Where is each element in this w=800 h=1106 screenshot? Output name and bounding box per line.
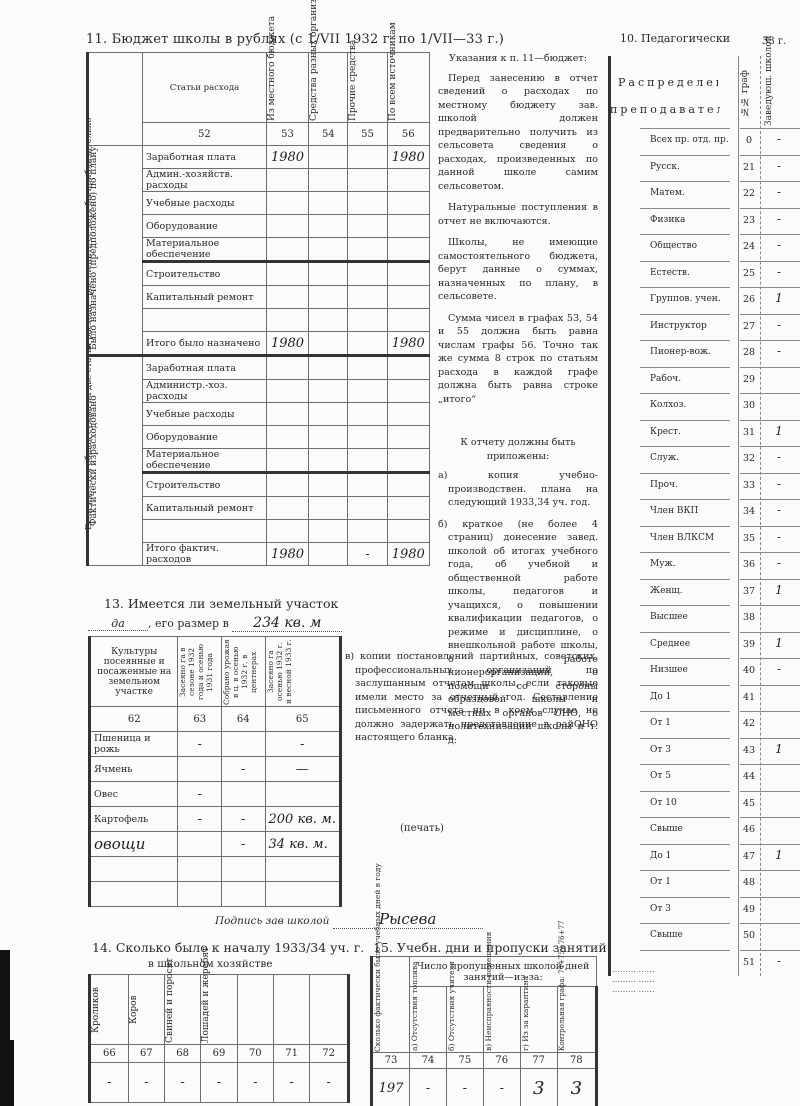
row-divider: [640, 420, 730, 421]
col-header-all: По всем источникам: [387, 53, 429, 123]
row-divider: [640, 234, 730, 235]
graph-number: 34: [740, 506, 758, 517]
graph-number: 0: [740, 135, 758, 146]
school-head-value: 1: [764, 424, 794, 438]
row-divider: [740, 685, 800, 686]
graph-number: 31: [740, 427, 758, 438]
school-head-value: -: [764, 132, 794, 146]
graph-number: 30: [740, 400, 758, 411]
row-divider: [640, 685, 730, 686]
school-head-value: -: [764, 477, 794, 491]
row-divider: [740, 367, 800, 368]
row-divider: [740, 817, 800, 818]
row-divider: [640, 261, 730, 262]
row-divider: [740, 870, 800, 871]
graph-number: 38: [740, 612, 758, 623]
column-divider: [760, 56, 762, 976]
graph-number: 51: [740, 957, 758, 968]
table-row: Картофель--200 кв. м.: [90, 807, 341, 832]
row-divider: [740, 155, 800, 156]
graph-number: 23: [740, 215, 758, 226]
staff-row-label: Колхоз.: [650, 400, 730, 410]
row-divider: [740, 791, 800, 792]
column-divider: [738, 56, 739, 976]
row-divider: [740, 711, 800, 712]
graph-number: 49: [740, 904, 758, 915]
crops-table: Культуры посеянные и посаженные на земел…: [88, 636, 342, 907]
staff-row-label: Член ВКП: [650, 506, 730, 516]
row-divider: [740, 499, 800, 500]
land-plot-line: да, его размер в 234 кв. м: [88, 615, 342, 632]
staff-row-label: Высшее: [650, 612, 730, 622]
graph-number: 28: [740, 347, 758, 358]
row-divider: [640, 950, 730, 951]
row-divider: [640, 526, 730, 527]
staff-row-label: От 3: [650, 904, 730, 914]
school-days-table: Сколько фактически было учебных дней в г…: [370, 956, 598, 1106]
staff-row-label: Всех пр. отд. пр.: [650, 135, 730, 145]
livestock-table: Кроликов Коров Свиней и поросят Лошадей …: [88, 974, 350, 1103]
row-divider: [640, 208, 730, 209]
school-head-value: -: [764, 185, 794, 199]
row-divider: [740, 605, 800, 606]
row-divider: [640, 552, 730, 553]
graph-number: 33: [740, 480, 758, 491]
section-10-footnote: ……… …………… …………… ……: [612, 965, 722, 995]
staff-row-label: Муж.: [650, 559, 730, 569]
staff-row-label: Рабоч.: [650, 374, 730, 384]
row-divider: [740, 420, 800, 421]
row-divider: [640, 340, 730, 341]
planned-group-label: Было назначено (предположено) по плану: [88, 146, 143, 356]
graph-number: 46: [740, 824, 758, 835]
row-divider: [640, 738, 730, 739]
row-divider: [740, 738, 800, 739]
graph-number: 48: [740, 877, 758, 888]
signature-line: Подпись зав школой Рысева: [215, 910, 483, 929]
school-head-value: -: [764, 450, 794, 464]
col-header-graph-numbers: №№ граф: [740, 60, 760, 126]
graph-number: 44: [740, 771, 758, 782]
staff-row-label: Член ВЛКСМ: [650, 533, 730, 543]
row-divider: [640, 393, 730, 394]
graph-number: 50: [740, 930, 758, 941]
graph-number: 21: [740, 162, 758, 173]
section-14-title: 14. Сколько было к началу 1933/34 уч. г.: [92, 940, 364, 955]
row-divider: [740, 473, 800, 474]
graph-number: 45: [740, 798, 758, 809]
row-divider: [640, 155, 730, 156]
school-head-value: -: [764, 530, 794, 544]
row-divider: [640, 579, 730, 580]
staff-row-label: Группов. учен.: [650, 294, 730, 304]
col-header-local: Из местного бюджета: [266, 53, 308, 123]
row-divider: [640, 817, 730, 818]
staff-row-label: Свыше: [650, 824, 730, 834]
school-head-value: -: [764, 265, 794, 279]
table-row: - - - - - - -: [90, 1063, 349, 1103]
row-divider: [740, 181, 800, 182]
table-row: [90, 882, 341, 907]
table-row: Фактически израсходовано Заработная плат…: [88, 356, 430, 380]
school-head-value: 1: [764, 291, 794, 305]
row-divider: [740, 340, 800, 341]
staff-row-label: Проч.: [650, 480, 730, 490]
row-divider: [640, 870, 730, 871]
graph-number: 43: [740, 745, 758, 756]
row-divider: [740, 632, 800, 633]
graph-number: 26: [740, 294, 758, 305]
col-header-other: Прочие средства: [348, 53, 387, 123]
col-header-item: Статьи расхода: [143, 53, 267, 123]
school-head-value: 1: [764, 583, 794, 597]
row-divider: [640, 844, 730, 845]
row-divider: [640, 711, 730, 712]
school-head-value: -: [764, 954, 794, 968]
school-head-value: 1: [764, 636, 794, 650]
graph-number: 40: [740, 665, 758, 676]
row-divider: [740, 261, 800, 262]
row-divider: [640, 128, 730, 129]
row-divider: [640, 446, 730, 447]
staff-row-label: От 1: [650, 877, 730, 887]
row-divider: [740, 314, 800, 315]
row-divider: [640, 473, 730, 474]
staff-row-label: До 1: [650, 692, 730, 702]
table-row: 197 - - - 3 3: [372, 1069, 597, 1106]
row-divider: [740, 552, 800, 553]
row-divider: [740, 446, 800, 447]
table-row: овощи-34 кв. м.: [90, 832, 341, 857]
staff-row-label: От 5: [650, 771, 730, 781]
graph-number: 29: [740, 374, 758, 385]
row-divider: [640, 923, 730, 924]
row-divider: [740, 526, 800, 527]
row-divider: [640, 632, 730, 633]
staff-row-label: Физика: [650, 215, 730, 225]
row-divider: [740, 128, 800, 129]
section-11-title: 11. Бюджет школы в рублях (с 1/VII 1932 …: [86, 32, 504, 47]
row-divider: [740, 658, 800, 659]
graph-number: 41: [740, 692, 758, 703]
staff-row-label: Женщ.: [650, 586, 730, 596]
graph-number: 24: [740, 241, 758, 252]
school-head-value: -: [764, 238, 794, 252]
school-head-value: -: [764, 318, 794, 332]
actual-group-label: Фактически израсходовано: [88, 356, 143, 566]
graph-number: 37: [740, 586, 758, 597]
graph-number: 27: [740, 321, 758, 332]
row-divider: [740, 287, 800, 288]
row-divider: [640, 181, 730, 182]
row-divider: [640, 605, 730, 606]
row-divider: [640, 764, 730, 765]
table-row: Овес-: [90, 782, 341, 807]
table-row: Было назначено (предположено) по плану З…: [88, 146, 430, 169]
row-divider: [640, 287, 730, 288]
row-divider: [640, 314, 730, 315]
school-head-value: 1: [764, 742, 794, 756]
row-divider: [640, 658, 730, 659]
budget-table: Статьи расхода Из местного бюджета Средс…: [86, 52, 430, 566]
signature: Рысева: [333, 910, 483, 929]
row-divider: [740, 897, 800, 898]
school-head-value: -: [764, 344, 794, 358]
scan-edge-shadow: [0, 1040, 14, 1106]
table-row: Ячмень-—: [90, 757, 341, 782]
school-head-value: -: [764, 556, 794, 570]
row-divider: [640, 499, 730, 500]
table-row: Пшеница и рожь--: [90, 732, 341, 757]
graph-number: 39: [740, 639, 758, 650]
staff-row-label: Крест.: [650, 427, 730, 437]
row-divider: [740, 579, 800, 580]
staff-row-label: Служ.: [650, 453, 730, 463]
row-divider: [740, 844, 800, 845]
staff-row-label: Низшее: [650, 665, 730, 675]
row-divider: [740, 208, 800, 209]
school-head-value: -: [764, 212, 794, 226]
graph-number: 47: [740, 851, 758, 862]
staff-row-label: Русск.: [650, 162, 730, 172]
section-13-title: 13. Имеется ли земельный участок: [104, 596, 338, 611]
col-header-school-head: Заведующ. школой: [764, 60, 794, 126]
table-row: [90, 857, 341, 882]
budget-instructions: Указания к п. 11—бюджет: Перед занесению…: [438, 52, 598, 747]
graph-number: 35: [740, 533, 758, 544]
row-divider: [740, 234, 800, 235]
graph-number: 25: [740, 268, 758, 279]
staff-row-label: Свыше: [650, 930, 730, 940]
section-10-title: 10. Педагогический персонал: [620, 32, 730, 45]
row-divider: [640, 897, 730, 898]
row-divider: [640, 367, 730, 368]
staff-row-label: Общество: [650, 241, 730, 251]
staff-row-label: Среднее: [650, 639, 730, 649]
staff-row-label: Естеств.: [650, 268, 730, 278]
school-head-value: -: [764, 503, 794, 517]
staff-row-label: От 10: [650, 798, 730, 808]
land-plot-size: 234 кв. м: [232, 615, 342, 632]
row-divider: [740, 923, 800, 924]
land-plot-answer: да: [88, 617, 148, 631]
school-head-value: -: [764, 159, 794, 173]
staff-row-label: Матем.: [650, 188, 730, 198]
staff-row-label: Пионер-вож.: [650, 347, 730, 357]
staff-row-label: От 3: [650, 745, 730, 755]
staff-row-label: Инструктор: [650, 321, 730, 331]
graph-number: 22: [740, 188, 758, 199]
graph-number: 32: [740, 453, 758, 464]
row-divider: [740, 764, 800, 765]
row-divider: [740, 393, 800, 394]
staff-row-label: От 1: [650, 718, 730, 728]
col-header-org: Средства разных организац.: [309, 53, 348, 123]
graph-number: 42: [740, 718, 758, 729]
graph-number: 36: [740, 559, 758, 570]
staff-row-label: До 1: [650, 851, 730, 861]
stamp-label: (печать): [400, 823, 444, 834]
row-divider: [740, 950, 800, 951]
school-head-value: -: [764, 662, 794, 676]
school-head-value: 1: [764, 848, 794, 862]
row-divider: [640, 791, 730, 792]
attachment-item-c: в) копии постановлений партийных, советс…: [345, 650, 598, 753]
